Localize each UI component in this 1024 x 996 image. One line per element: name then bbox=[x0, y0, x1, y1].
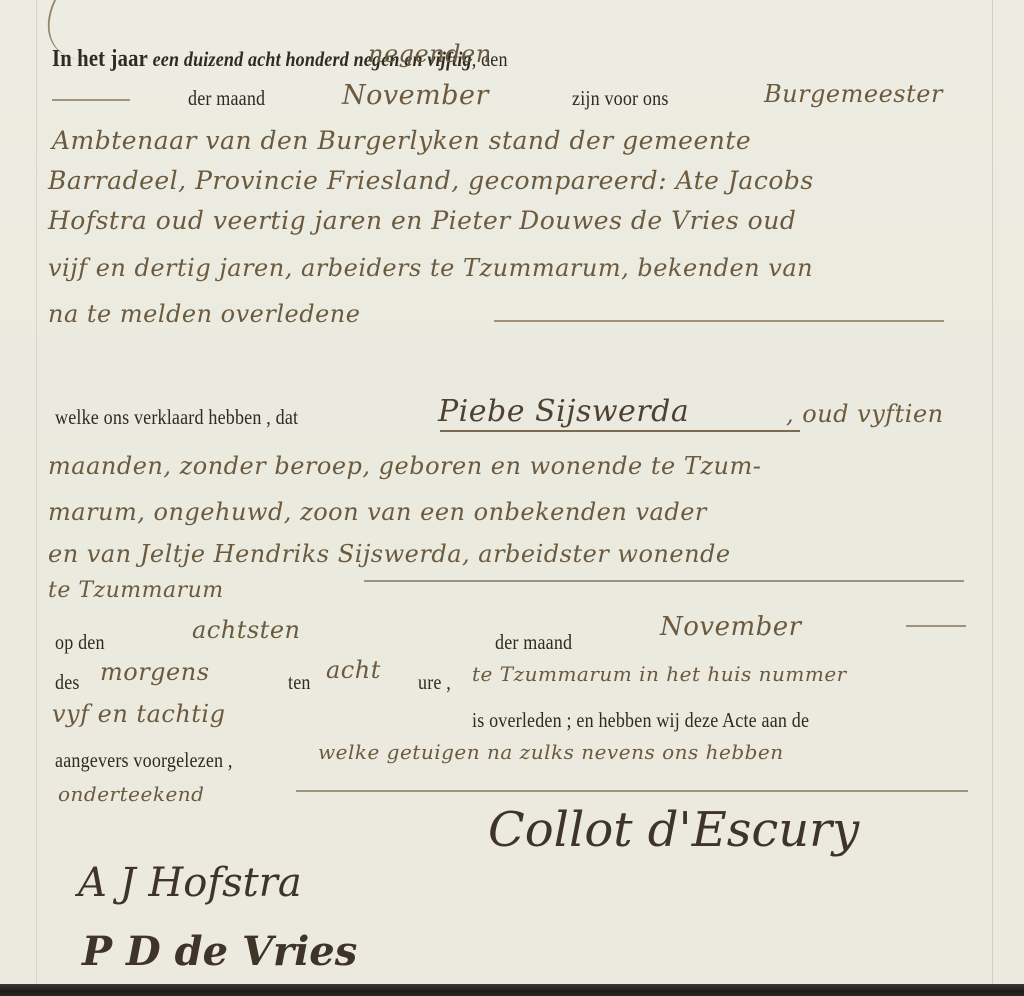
aangevers-label: aangevers voorgelezen , bbox=[55, 748, 233, 773]
hour: acht bbox=[326, 656, 381, 684]
fill-rule bbox=[296, 790, 968, 792]
death-day: achtsten bbox=[192, 616, 300, 644]
place-of-death: te Tzummarum in het huis nummer bbox=[472, 662, 847, 686]
right-margin-line bbox=[992, 0, 993, 988]
closing-text: welke getuigen na zulks nevens ons hebbe… bbox=[318, 740, 784, 764]
left-margin-line bbox=[36, 0, 37, 988]
handwritten-line-6: vijf en dertig jaren, arbeiders te Tzumm… bbox=[48, 254, 813, 282]
ure-label: ure , bbox=[418, 670, 451, 695]
der-maand-label: der maand bbox=[188, 86, 265, 111]
handwritten-day: negenden bbox=[368, 40, 492, 68]
fill-rule bbox=[906, 625, 966, 627]
scan-bottom-edge bbox=[0, 984, 1024, 996]
signature-official: Collot d'Escury bbox=[488, 802, 859, 858]
signature-witness-1: A J Hofstra bbox=[78, 860, 302, 906]
handwritten-month: November bbox=[342, 80, 489, 111]
ondertekend-text: onderteekend bbox=[58, 782, 204, 806]
welke-label: welke ons verklaard hebben , dat bbox=[55, 405, 298, 430]
handwritten-line-10: marum, ongehuwd, zoon van een onbekenden… bbox=[48, 498, 707, 526]
signature-witness-2: P D de Vries bbox=[82, 928, 357, 975]
des-label: des bbox=[55, 670, 80, 695]
handwritten-line-7: na te melden overledene bbox=[48, 300, 360, 328]
is-overleden-label: is overleden ; en hebben wij deze Acte a… bbox=[472, 708, 809, 733]
handwritten-line-9: maanden, zonder beroep, geboren en wonen… bbox=[48, 452, 761, 480]
death-month: November bbox=[660, 612, 802, 642]
op-den-label: op den bbox=[55, 630, 105, 655]
handwritten-line-3: Ambtenaar van den Burgerlyken stand der … bbox=[52, 126, 751, 155]
time-of-day: morgens bbox=[100, 658, 210, 686]
handwritten-line-12: te Tzummarum bbox=[48, 578, 224, 603]
document-page: In het jaar een duizend acht honderd neg… bbox=[0, 0, 1024, 988]
handwritten-official-title: Burgemeester bbox=[764, 80, 943, 108]
ten-label: ten bbox=[288, 670, 311, 695]
zijn-voor-ons-label: zijn voor ons bbox=[572, 86, 669, 111]
fill-rule bbox=[52, 99, 130, 101]
fill-rule bbox=[494, 320, 944, 322]
handwritten-line-4: Barradeel, Provincie Friesland, gecompar… bbox=[48, 166, 814, 195]
der-maand-label-2: der maand bbox=[495, 630, 572, 655]
name-underline bbox=[440, 430, 800, 432]
intro-text: In het jaar bbox=[52, 46, 148, 72]
deceased-name: Piebe Sijswerda bbox=[438, 394, 689, 429]
house-number: vyf en tachtig bbox=[52, 700, 225, 728]
handwritten-line-11: en van Jeltje Hendriks Sijswerda, arbeid… bbox=[48, 540, 731, 568]
fill-rule bbox=[364, 580, 964, 582]
handwritten-age: , oud vyftien bbox=[786, 400, 944, 428]
handwritten-line-5: Hofstra oud veertig jaren en Pieter Douw… bbox=[48, 206, 796, 235]
